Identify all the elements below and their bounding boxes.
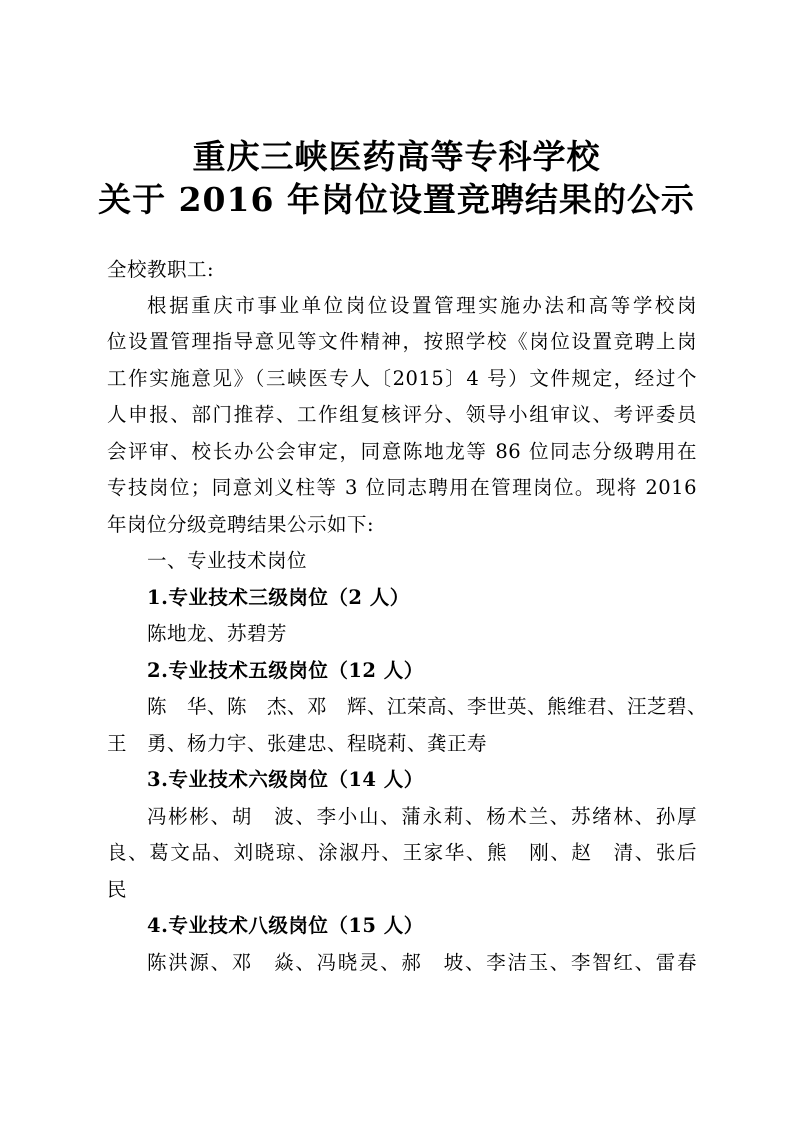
name-list-line: 陈洪源、邓 焱、冯晓灵、郝 坡、李洁玉、李智红、雷春	[147, 951, 697, 975]
name-list-line: 冯彬彬、胡 波、李小山、蒲永莉、杨术兰、苏绪林、孙厚	[147, 805, 697, 829]
body-line: 位设置管理指导意见等文件精神，按照学校《岗位设置竞聘上岗	[107, 330, 697, 354]
group-heading: 4.专业技术八级岗位（15 人）	[147, 914, 697, 938]
body-line: 人申报、部门推荐、工作组复核评分、领导小组审议、考评委员	[107, 403, 697, 427]
group-heading: 2.专业技术五级岗位（12 人）	[147, 659, 697, 683]
name-list-line: 王 勇、杨力宇、张建忠、程晓莉、龚正寿	[107, 732, 697, 756]
name-list-line: 良、葛文品、刘晓琼、涂淑丹、王家华、熊 刚、赵 清、张后	[107, 841, 697, 865]
section-heading: 一、专业技术岗位	[147, 549, 697, 573]
body-line: 根据重庆市事业单位岗位设置管理实施办法和高等学校岗	[147, 294, 697, 318]
salutation: 全校教职工:	[107, 258, 697, 282]
group-heading: 1.专业技术三级岗位（2 人）	[147, 586, 697, 610]
title-line-1: 重庆三峡医药高等专科学校	[0, 137, 793, 177]
body-line: 专技岗位；同意刘义柱等 3 位同志聘用在管理岗位。现将 2016	[107, 476, 697, 500]
group-heading: 3.专业技术六级岗位（14 人）	[147, 768, 697, 792]
body-line: 工作实施意见》（三峡医专人〔2015〕4 号）文件规定，经过个	[107, 367, 697, 391]
title-line-2: 关于 2016 年岗位设置竞聘结果的公示	[0, 180, 793, 220]
name-list-line: 民	[107, 878, 697, 902]
body-line: 年岗位分级竞聘结果公示如下:	[107, 513, 697, 537]
document-page: 重庆三峡医药高等专科学校 关于 2016 年岗位设置竞聘结果的公示 全校教职工:…	[0, 0, 793, 1122]
name-list-line: 陈地龙、苏碧芳	[147, 622, 697, 646]
body-line: 会评审、校长办公会审定，同意陈地龙等 86 位同志分级聘用在	[107, 440, 697, 464]
name-list-line: 陈 华、陈 杰、邓 辉、江荣高、李世英、熊维君、汪芝碧、	[147, 695, 697, 719]
